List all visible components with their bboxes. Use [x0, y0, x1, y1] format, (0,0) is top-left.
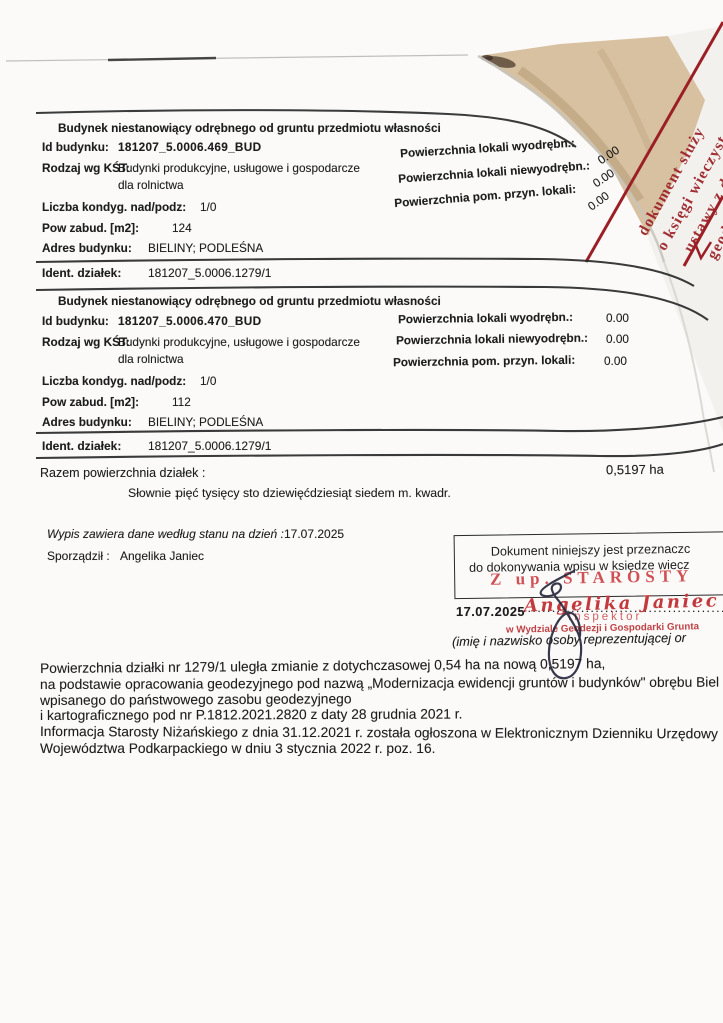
scanned-document-page: dokument służy o księgi wieczyst ustawy …	[0, 0, 723, 1023]
handwritten-signature	[0, 0, 723, 1023]
